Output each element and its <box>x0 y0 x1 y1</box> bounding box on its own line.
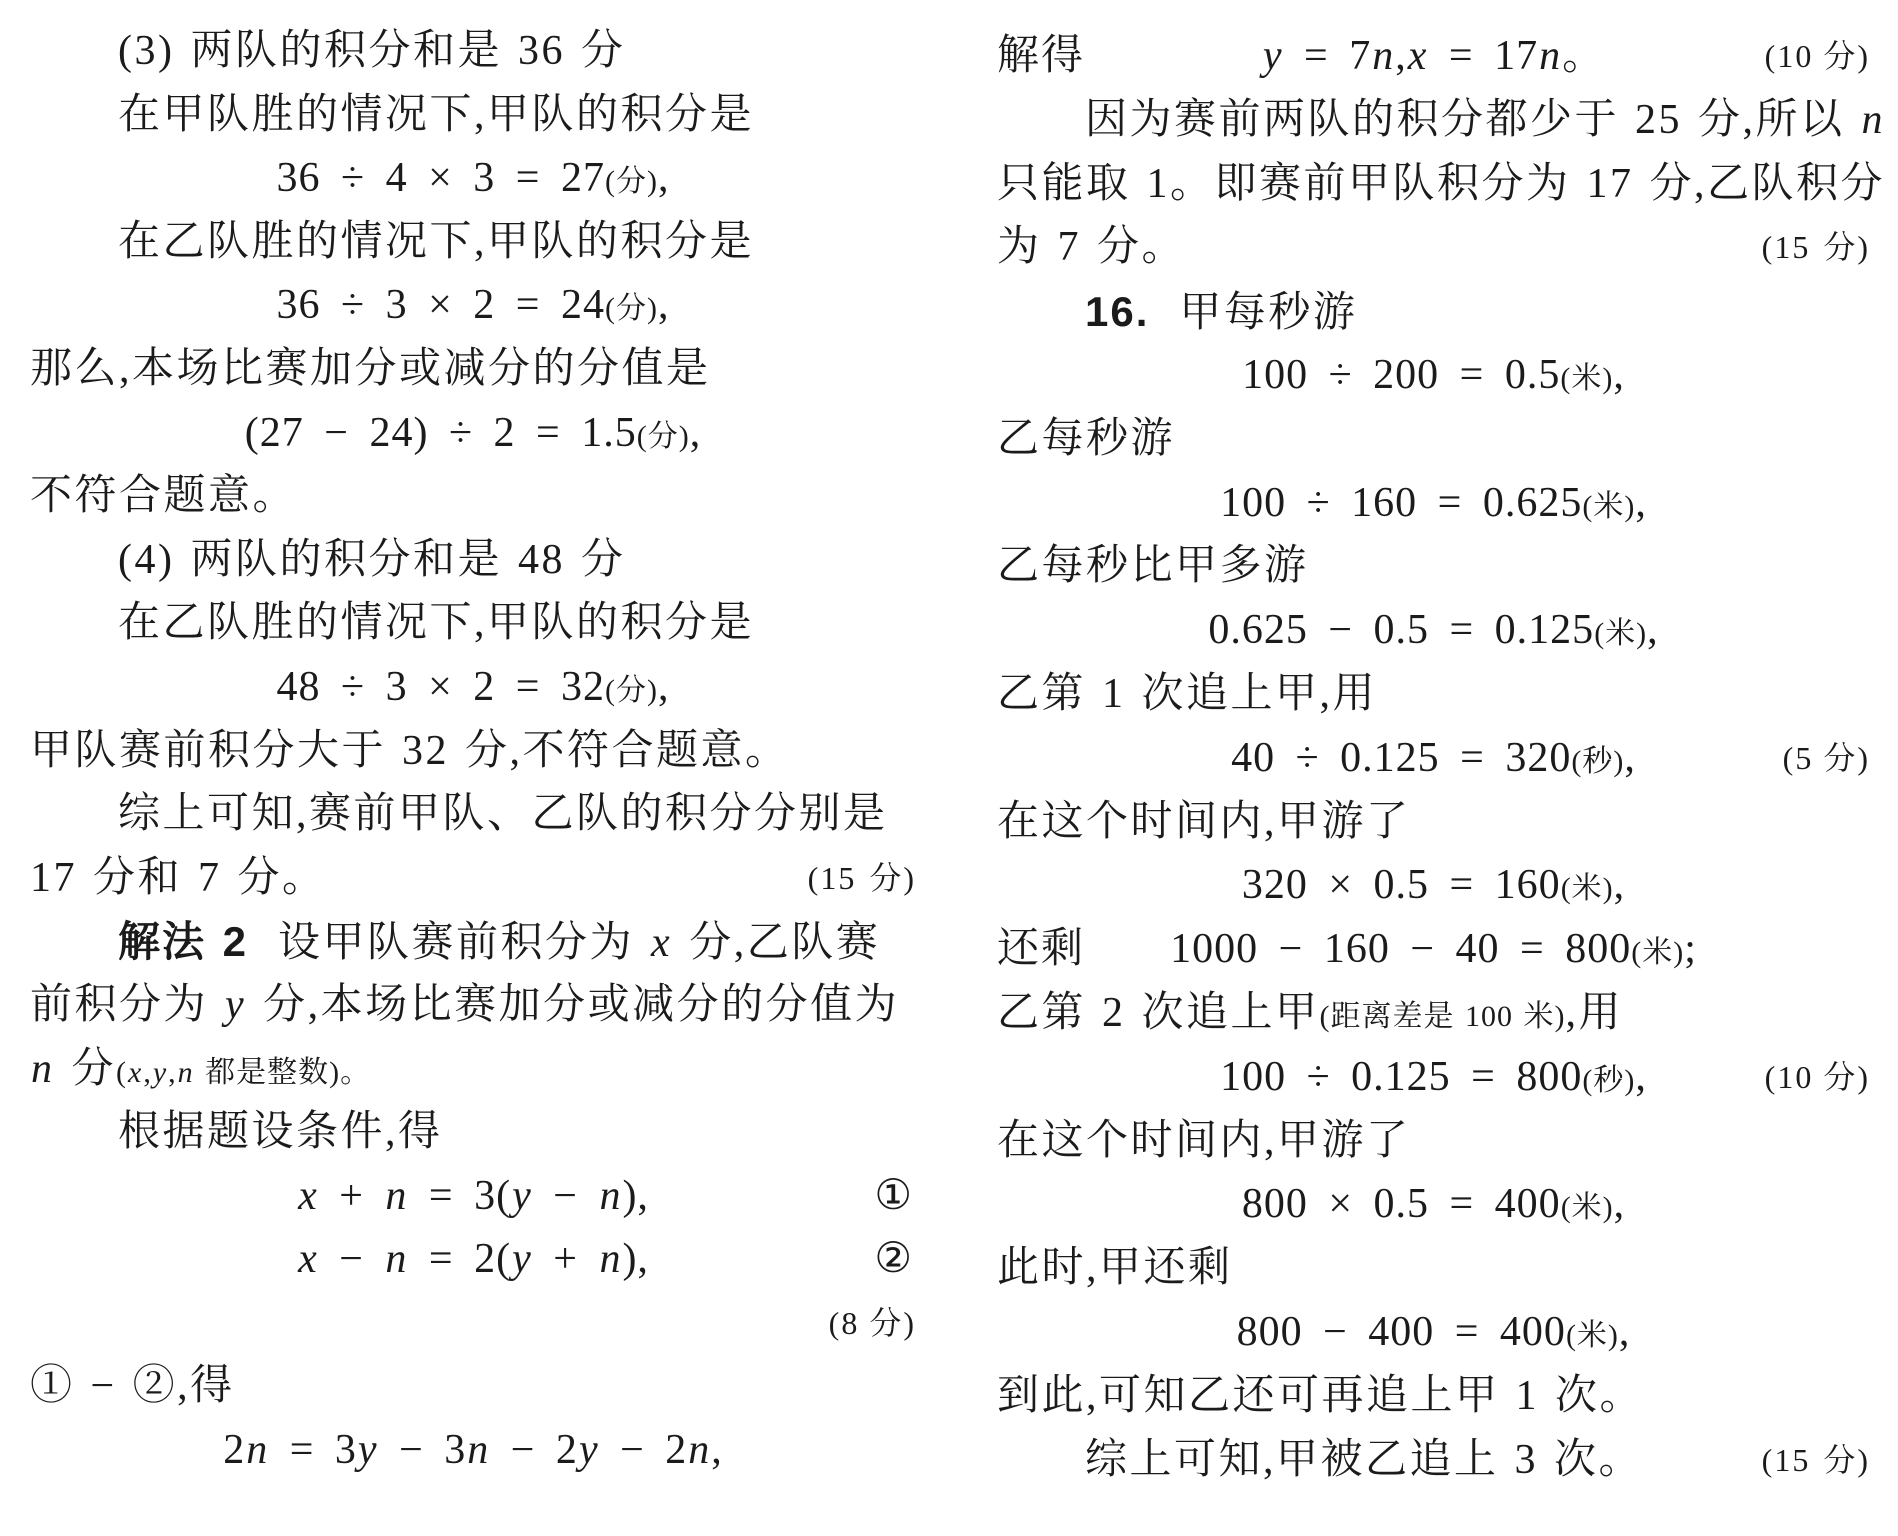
body-text: , <box>1619 1309 1631 1355</box>
body-text: , <box>1614 862 1626 908</box>
text-line: (4) 两队的积分和是 48 分 <box>30 529 916 593</box>
equation-line: 100 ÷ 0.125 = 800(秒),(10 分) <box>997 1046 1870 1110</box>
score-note: (15 分) <box>1762 1429 1870 1493</box>
body-text: , <box>1635 1054 1647 1100</box>
body-text: x − n = 2(y + n), <box>297 1236 649 1282</box>
body-text: , <box>1614 1181 1626 1227</box>
small-note: (米) <box>1566 1319 1619 1352</box>
text-line: 为 7 分。(15 分) <box>997 216 1870 280</box>
equation-line: 800 − 400 = 400(米), <box>997 1301 1870 1365</box>
body-text: 100 ÷ 0.125 = 800 <box>1220 1054 1582 1100</box>
text-line: (3) 两队的积分和是 36 分 <box>30 20 916 84</box>
score-line: (8 分) <box>30 1292 916 1356</box>
small-note: (米) <box>1561 1191 1614 1224</box>
text-line: 此时,甲还剩 <box>997 1237 1870 1301</box>
text-line: 前积分为 y 分,本场比赛加分或减分的分值为 <box>30 974 916 1038</box>
body-text: 40 ÷ 0.125 = 320 <box>1231 735 1571 781</box>
body-text: 320 × 0.5 = 160 <box>1242 862 1561 908</box>
body-text: 在这个时间内,甲游了 <box>997 1118 1411 1164</box>
line-label: 解得 <box>997 25 1085 89</box>
right-text-column: 解得y = 7n,x = 17n。(10 分)因为赛前两队的积分都少于 25 分… <box>997 25 1870 1492</box>
text-line: 乙第 2 次追上甲(距离差是 100 米),用 <box>997 982 1870 1046</box>
body-text: 1000 − 160 − 40 = 800 <box>1170 926 1631 972</box>
body-text: 100 ÷ 160 = 0.625 <box>1220 480 1582 526</box>
body-text: 乙第 2 次追上甲 <box>997 990 1320 1036</box>
body-text: 为 7 分。 <box>997 224 1186 270</box>
small-note: (米) <box>1561 872 1614 905</box>
labeled-equation-line: 解得y = 7n,x = 17n。(10 分) <box>997 25 1870 89</box>
equation-line: (27 − 24) ÷ 2 = 1.5(分), <box>30 402 916 466</box>
equation-line: 40 ÷ 0.125 = 320(秒),(5 分) <box>997 727 1870 791</box>
body-text: 综上可知,赛前甲队、乙队的积分分别是 <box>118 791 888 837</box>
equation-line: 36 ÷ 4 × 3 = 27(分), <box>30 147 916 211</box>
score-note: (15 分) <box>808 847 916 911</box>
text-line: 17 分和 7 分。(15 分) <box>30 847 916 911</box>
body-text: 根据题设条件,得 <box>118 1109 443 1155</box>
body-text: 设甲队赛前积分为 x 分,乙队赛 <box>278 920 880 966</box>
text-line: 到此,可知乙还可再追上甲 1 次。 <box>997 1365 1870 1429</box>
body-text: 100 ÷ 200 = 0.5 <box>1242 352 1560 398</box>
text-line: 综上可知,赛前甲队、乙队的积分分别是 <box>30 783 916 847</box>
left-text-column: (3) 两队的积分和是 36 分在甲队胜的情况下,甲队的积分是36 ÷ 4 × … <box>30 20 916 1483</box>
equation-line: 100 ÷ 200 = 0.5(米), <box>997 344 1870 408</box>
solution-label: 16. <box>1085 288 1149 335</box>
small-note: (分) <box>637 420 690 453</box>
text-line: 因为赛前两队的积分都少于 25 分,所以 n <box>997 89 1870 153</box>
body-text: , <box>1647 607 1659 653</box>
small-note: (米) <box>1594 617 1647 650</box>
text-line: 在这个时间内,甲游了 <box>997 1110 1870 1174</box>
text-line: 综上可知,甲被乙追上 3 次。(15 分) <box>997 1429 1870 1493</box>
body-text: ,用 <box>1566 990 1624 1036</box>
text-line: 在乙队胜的情况下,甲队的积分是 <box>30 592 916 656</box>
body-text: 综上可知,甲被乙追上 3 次。 <box>1085 1437 1643 1483</box>
body-text: 0.625 − 0.5 = 0.125 <box>1208 607 1594 653</box>
body-text: 800 − 400 = 400 <box>1237 1309 1566 1355</box>
equation-line: 100 ÷ 160 = 0.625(米), <box>997 472 1870 536</box>
body-text: , <box>658 664 670 710</box>
body-text: 乙每秒游 <box>997 416 1175 462</box>
body-text: 此时,甲还剩 <box>997 1245 1233 1291</box>
body-text: y = 7n,x = 17n。 <box>1262 33 1605 79</box>
body-text: , <box>690 410 702 456</box>
text-line: 甲队赛前积分大于 32 分,不符合题意。 <box>30 720 916 784</box>
body-text: 甲队赛前积分大于 32 分,不符合题意。 <box>30 728 790 774</box>
equation-line: 36 ÷ 3 × 2 = 24(分), <box>30 274 916 338</box>
body-text: 2n = 3y − 3n − 2y − 2n, <box>223 1427 723 1473</box>
body-text: 在乙队胜的情况下,甲队的积分是 <box>118 219 754 265</box>
equation-number-tag: ① <box>874 1165 912 1229</box>
body-text: (3) 两队的积分和是 36 分 <box>118 28 625 74</box>
equation-number-tag: ② <box>874 1228 912 1292</box>
body-text: n 分 <box>30 1046 116 1092</box>
text-line: 那么,本场比赛加分或减分的分值是 <box>30 338 916 402</box>
score-note: (10 分) <box>1765 25 1870 89</box>
body-text: 在乙队胜的情况下,甲队的积分是 <box>118 600 754 646</box>
equation-line: 48 ÷ 3 × 2 = 32(分), <box>30 656 916 720</box>
body-text: , <box>1613 352 1625 398</box>
body-text: 因为赛前两队的积分都少于 25 分,所以 n <box>1085 97 1886 143</box>
body-text: , <box>658 282 670 328</box>
small-note: (分) <box>605 165 658 198</box>
text-line: ① − ②,得 <box>30 1355 916 1419</box>
text-line: n 分(x,y,n 都是整数)。 <box>30 1038 916 1102</box>
body-text: 前积分为 y 分,本场比赛加分或减分的分值为 <box>30 982 899 1028</box>
score-note: (10 分) <box>1765 1046 1870 1110</box>
equation-line: x + n = 3(y − n),① <box>30 1165 916 1229</box>
body-text: 17 分和 7 分。 <box>30 855 327 901</box>
equation-line: x − n = 2(y + n),② <box>30 1228 916 1292</box>
body-text: 在甲队胜的情况下,甲队的积分是 <box>118 92 754 138</box>
text-line: 乙每秒游 <box>997 408 1870 472</box>
text-line: 16.甲每秒游 <box>997 280 1870 344</box>
textbook-solution-page: (3) 两队的积分和是 36 分在甲队胜的情况下,甲队的积分是36 ÷ 4 × … <box>0 0 1898 1536</box>
score-note: (5 分) <box>1783 727 1870 791</box>
body-text: 乙第 1 次追上甲,用 <box>997 671 1377 717</box>
score-note: (15 分) <box>1762 216 1870 280</box>
small-note: (秒) <box>1571 745 1624 778</box>
equation-line: 2n = 3y − 3n − 2y − 2n, <box>30 1419 916 1483</box>
body-text: 只能取 1。即赛前甲队积分为 17 分,乙队积分 <box>997 161 1885 207</box>
text-line: 只能取 1。即赛前甲队积分为 17 分,乙队积分 <box>997 153 1870 217</box>
body-text: (27 − 24) ÷ 2 = 1.5 <box>245 410 637 456</box>
equation-line: 800 × 0.5 = 400(米), <box>997 1173 1870 1237</box>
text-line: 乙第 1 次追上甲,用 <box>997 663 1870 727</box>
text-line: 在这个时间内,甲游了 <box>997 791 1870 855</box>
text-line: 在甲队胜的情况下,甲队的积分是 <box>30 84 916 148</box>
equation-line: 320 × 0.5 = 160(米), <box>997 854 1870 918</box>
body-text: 乙每秒比甲多游 <box>997 543 1309 589</box>
small-note: (x,y,n 都是整数)。 <box>116 1056 371 1089</box>
text-line: 根据题设条件,得 <box>30 1101 916 1165</box>
small-note: (米) <box>1560 362 1613 395</box>
body-text: 到此,可知乙还可再追上甲 1 次。 <box>997 1373 1644 1419</box>
body-text: , <box>1635 480 1647 526</box>
solution-label: 解法 2 <box>118 918 248 965</box>
line-label: 还剩 <box>997 918 1085 982</box>
small-note: (分) <box>605 292 658 325</box>
small-note: (距离差是 100 米) <box>1320 1000 1566 1033</box>
small-note: (秒) <box>1582 1064 1635 1097</box>
text-line: 乙每秒比甲多游 <box>997 535 1870 599</box>
body-text: , <box>658 155 670 201</box>
body-text: , <box>1624 735 1636 781</box>
labeled-equation-line: 还剩1000 − 160 − 40 = 800(米); <box>997 918 1870 982</box>
body-text: ; <box>1684 926 1697 972</box>
score-note: (8 分) <box>829 1292 916 1356</box>
body-text: 800 × 0.5 = 400 <box>1242 1181 1561 1227</box>
body-text: 那么,本场比赛加分或减分的分值是 <box>30 346 711 392</box>
equation-line: 0.625 − 0.5 = 0.125(米), <box>997 599 1870 663</box>
text-line: 不符合题意。 <box>30 465 916 529</box>
body-text: 36 ÷ 3 × 2 = 24 <box>277 282 605 328</box>
body-text: ① − ②,得 <box>30 1363 235 1409</box>
text-line: 在乙队胜的情况下,甲队的积分是 <box>30 211 916 275</box>
small-note: (米) <box>1631 936 1684 969</box>
body-text: 甲每秒游 <box>1179 290 1357 336</box>
body-text: 48 ÷ 3 × 2 = 32 <box>277 664 605 710</box>
body-text: (4) 两队的积分和是 48 分 <box>118 537 625 583</box>
body-text: x + n = 3(y − n), <box>297 1173 649 1219</box>
body-text: 在这个时间内,甲游了 <box>997 799 1411 845</box>
body-text: 36 ÷ 4 × 3 = 27 <box>277 155 605 201</box>
small-note: (分) <box>605 674 658 707</box>
body-text: 不符合题意。 <box>30 473 297 519</box>
small-note: (米) <box>1582 490 1635 523</box>
text-line: 解法 2设甲队赛前积分为 x 分,乙队赛 <box>30 910 916 974</box>
